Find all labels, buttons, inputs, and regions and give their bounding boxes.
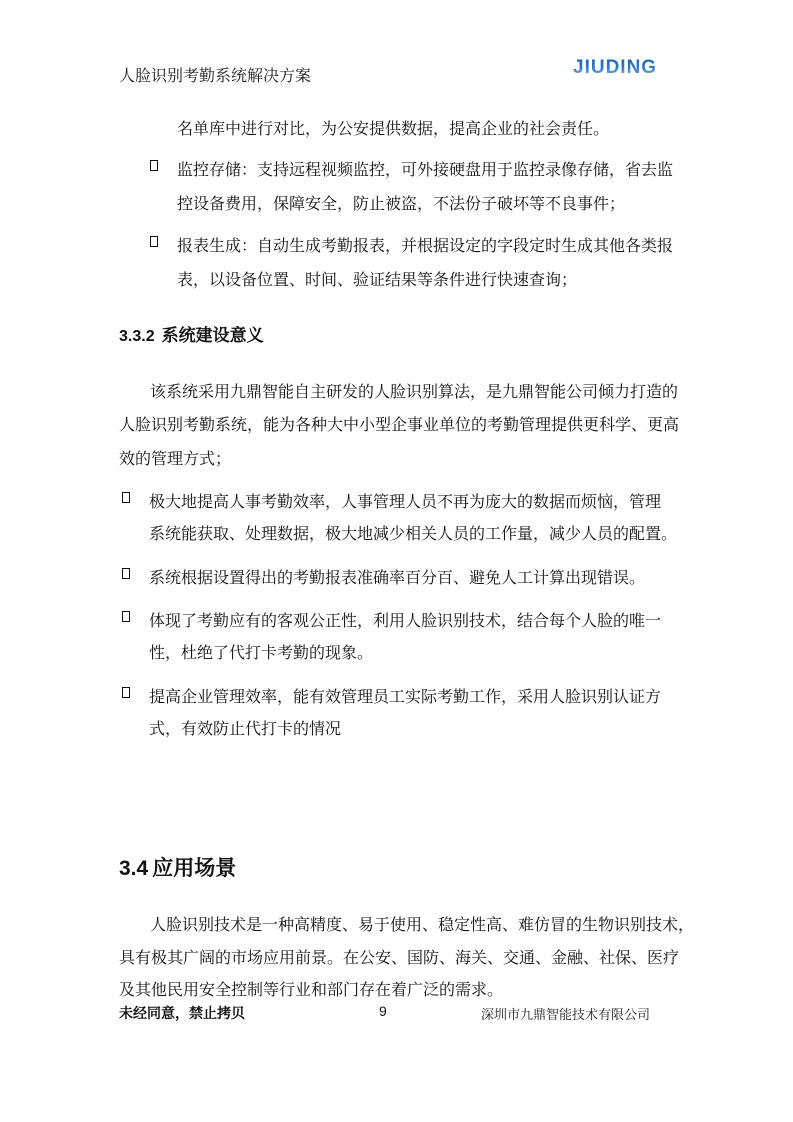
square-bullet-icon xyxy=(122,568,130,579)
bullet-line: 性，杜绝了代打卡考勤的现象。 xyxy=(149,640,373,663)
bullet-line: 提高企业管理效率，能有效管理员工实际考勤工作，采用人脸识别认证方 xyxy=(149,684,661,707)
square-bullet-icon xyxy=(122,687,130,698)
footer-company-name: 深圳市九鼎智能技术有限公司 xyxy=(481,1004,650,1023)
square-bullet-icon xyxy=(150,160,158,171)
paragraph-line: 具有极其广阔的市场应用前景。在公安、国防、海关、交通、金融、社保、医疗 xyxy=(119,945,679,968)
jiuding-logo: JIUDING xyxy=(573,57,657,79)
bullet-line: 监控存储：支持远程视频监控，可外接硬盘用于监控录像存储，省去监 xyxy=(177,157,673,180)
continuation-text: 名单库中进行对比，为公安提供数据，提高企业的社会责任。 xyxy=(177,116,609,139)
paragraph-line: 人脸识别技术是一种高精度、易于使用、稳定性高、难仿冒的生物识别技术， xyxy=(150,912,694,935)
section-number: 3.4 xyxy=(119,857,148,880)
paragraph-line: 该系统采用九鼎智能自主研发的人脸识别算法，是九鼎智能公司倾力打造的 xyxy=(150,379,678,402)
document-page: 人脸识别考勤系统解决方案 JIUDING 名单库中进行对比，为公安提供数据，提高… xyxy=(0,0,793,1122)
bullet-line: 控设备费用，保障安全，防止被盗，不法份子破坏等不良事件； xyxy=(177,191,625,214)
bullet-line: 体现了考勤应有的客观公正性，利用人脸识别技术，结合每个人脸的唯一 xyxy=(149,608,661,631)
section-heading-3-3-2: 3.3.2系统建设意义 xyxy=(119,321,264,346)
section-title: 系统建设意义 xyxy=(162,326,264,346)
bullet-line: 极大地提高人事考勤效率，人事管理人员不再为庞大的数据而烦恼，管理 xyxy=(149,489,661,512)
footer-page-number: 9 xyxy=(379,1003,387,1019)
square-bullet-icon xyxy=(150,236,158,247)
bullet-line: 表，以设备位置、时间、验证结果等条件进行快速查询； xyxy=(177,267,577,290)
running-header-title: 人脸识别考勤系统解决方案 xyxy=(119,63,311,86)
paragraph-line: 效的管理方式； xyxy=(119,446,231,469)
paragraph-line: 及其他民用安全控制等行业和部门存在着广泛的需求。 xyxy=(119,977,503,1000)
section-heading-3-4: 3.4应用场景 xyxy=(119,852,236,882)
square-bullet-icon xyxy=(122,492,130,503)
paragraph-line: 人脸识别考勤系统，能为各种大中小型企事业单位的考勤管理提供更科学、更高 xyxy=(119,412,679,435)
footer-copy-notice: 未经同意，禁止拷贝 xyxy=(119,1003,245,1023)
section-number: 3.3.2 xyxy=(119,328,155,345)
square-bullet-icon xyxy=(122,611,130,622)
section-title: 应用场景 xyxy=(152,856,236,880)
bullet-line: 系统根据设置得出的考勤报表准确率百分百、避免人工计算出现错误。 xyxy=(149,565,645,588)
bullet-line: 报表生成：自动生成考勤报表，并根据设定的字段定时生成其他各类报 xyxy=(177,233,673,256)
bullet-line: 系统能获取、处理数据，极大地减少相关人员的工作量，减少人员的配置。 xyxy=(149,521,677,544)
bullet-line: 式，有效防止代打卡的情况 xyxy=(149,716,341,739)
